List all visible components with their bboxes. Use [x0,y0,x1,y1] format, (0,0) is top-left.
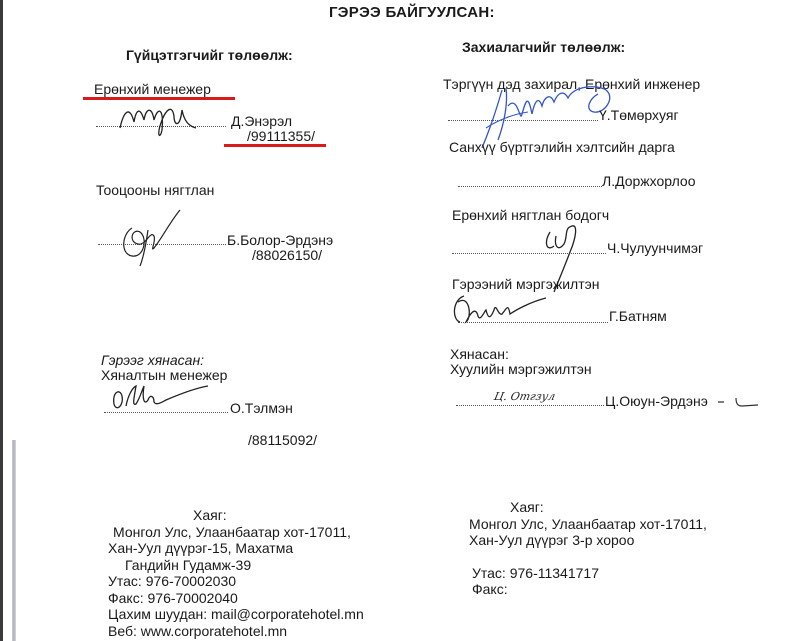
document-title: ГЭРЭЭ БАЙГУУЛСАН: [329,5,495,21]
address-line: Хан-Уул дүүрэг 3-р хороо [469,532,707,549]
address-line: Монгол Улс, Улаанбаатар хот-17011, [469,516,707,533]
address-label: Хаяг: [108,507,364,524]
address-line: Монгол Улс, Улаанбаатар хот-17011, [108,524,364,541]
pen-mark-icon [718,396,760,408]
fax-text: Факс: 976-70002040 [108,590,364,607]
page-edge-shadow [12,440,16,641]
contractor-reviewer-name: О.Тэлмэн [230,400,293,416]
client-heading: Захиалагчийг төлөөлж: [462,39,625,55]
contractor-reviewer-phone: /88115092/ [248,432,317,448]
contractor-name-2: Б.Болор-Эрдэнэ [227,232,333,248]
address-line: Хан-Уул дүүрэг-15, Махатма [108,540,364,557]
client-name-2: Л.Доржхорлоо [602,173,696,189]
red-underline-annotation [224,144,326,147]
address-label: Хаяг: [469,499,707,516]
fax-text: Факс: [469,581,707,598]
contractor-position-2: Тооцооны нягтлан [96,182,214,198]
website-text: Веб: www.corporatehotel.mn [108,623,364,640]
signature-icon [450,292,550,328]
client-reviewed-label: Хянасан: [450,346,509,362]
phone-text: Утас: 976-11341717 [469,565,707,582]
client-name-4: Г.Батням [609,308,667,324]
contractor-heading: Гүйцэтгэгчийг төлөөлж: [126,47,293,63]
signature-icon [118,208,188,268]
client-position-2: Санхүү бүртгэлийн хэлтсийн дарга [449,139,675,155]
client-name-1: Ү.Төмөрхуяг [599,107,679,123]
window-left-edge [0,0,3,641]
client-name-3: Ч.Чулуунчимэг [607,240,703,256]
signature-line [456,405,604,406]
client-reviewer-position: Хуулийн мэргэжилтэн [450,361,592,377]
contractor-reviewer-position: Хяналтын менежер [101,367,227,383]
client-position-3: Ерөнхий нягтлан бодогч [452,207,609,223]
handwritten-signature: Ц. Отгзул [492,389,556,405]
phone-text: Утас: 976-70002030 [108,573,364,590]
contractor-address: Хаяг: Монгол Улс, Улаанбаатар хот-17011,… [108,507,364,639]
contractor-name-1: Д.Энэрэл [231,113,292,129]
contractor-phone-2: /88026150/ [252,247,322,263]
client-position-4: Гэрээний мэргэжилтэн [452,276,600,292]
signature-icon [110,382,210,416]
contractor-reviewed-label: Гэрээг хянасан: [101,352,204,368]
signature-line [458,186,602,187]
address-line: Гандийн Гудамж-39 [108,557,364,574]
signature-icon [118,100,198,140]
contractor-position-1: Ерөнхий менежер [94,81,211,97]
contractor-phone-1: /99111355/ [247,128,315,144]
email-text: Цахим шуудан: mail@corporatehotel.mn [108,606,364,623]
client-address: Хаяг: Монгол Улс, Улаанбаатар хот-17011,… [469,499,707,598]
client-reviewer-name: Ц.Оюун-Эрдэнэ [605,393,708,409]
